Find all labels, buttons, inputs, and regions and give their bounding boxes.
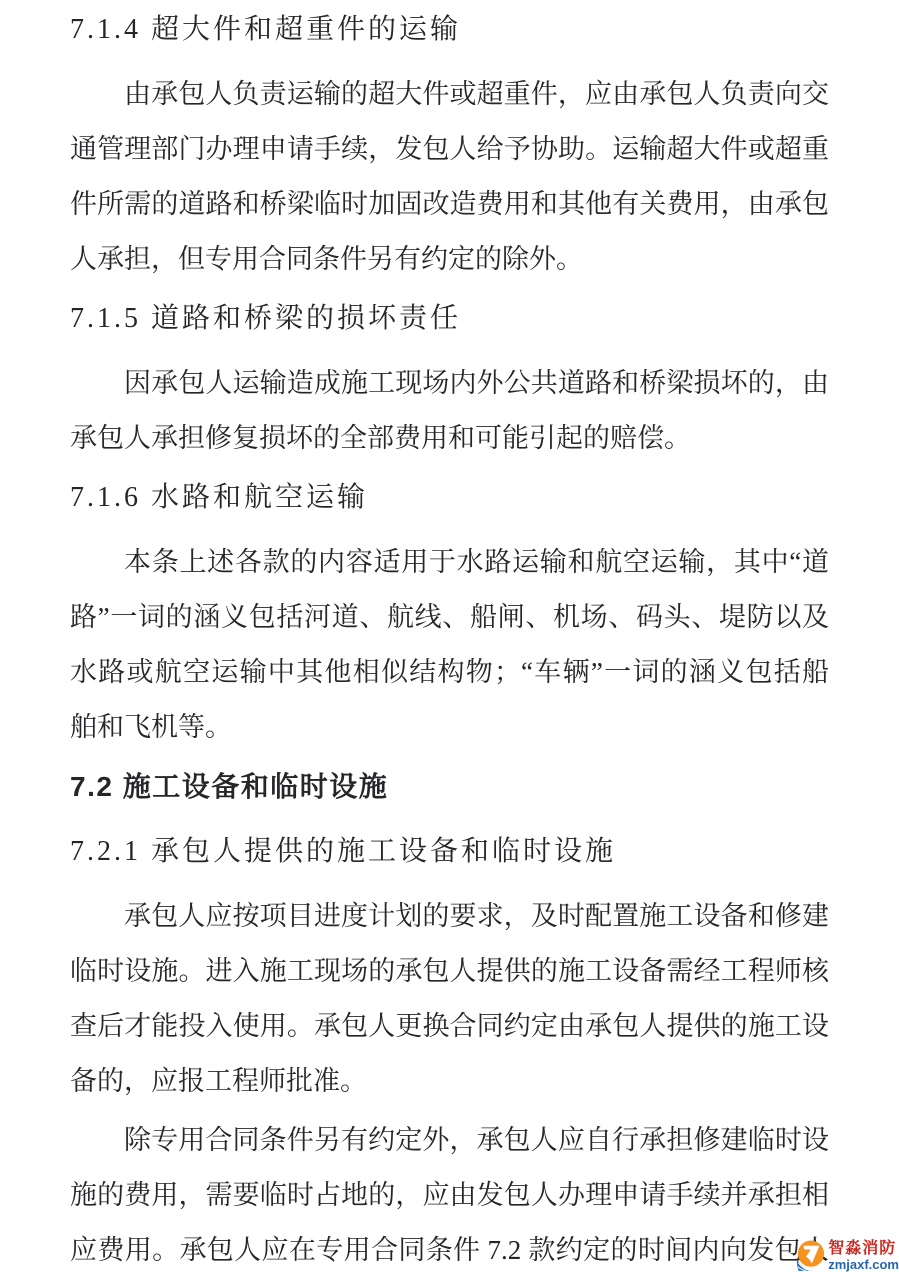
brand-logo-icon xyxy=(795,1240,825,1272)
text-line: 应费用。承包人应在专用合同条件 7.2 款约定的时间内向发包人 xyxy=(70,1223,829,1274)
text-line: 由承包人负责运输的超大件或超重件，应由承包人负责向交 xyxy=(70,67,829,122)
text-line: 本条上述各款的内容适用于水路运输和航空运输，其中“道 xyxy=(70,535,829,590)
text-line: 件所需的道路和桥梁临时加固改造费用和其他有关费用，由承包 xyxy=(70,177,829,232)
text-line: 人承担，但专用合同条件另有约定的除外。 xyxy=(70,232,829,287)
text-line: 除专用合同条件另有约定外，承包人应自行承担修建临时设 xyxy=(70,1113,829,1168)
page: { "page": { "background": "#ffffff", "te… xyxy=(0,0,899,1274)
paragraph: 承包人应按项目进度计划的要求，及时配置施工设备和修建临时设施。进入施工现场的承包… xyxy=(70,889,829,1109)
document-body: 7.1.4 超大件和超重件的运输由承包人负责运输的超大件或超重件，应由承包人负责… xyxy=(0,0,899,1274)
brand-name: 智淼消防 xyxy=(828,1241,899,1257)
text-line: 通管理部门办理申请手续，发包人给予协助。运输超大件或超重 xyxy=(70,122,829,177)
sub-heading: 7.2.1 承包人提供的施工设备和临时设施 xyxy=(70,824,829,879)
sub-heading: 7.1.6 水路和航空运输 xyxy=(70,470,829,525)
brand-url: zmjaxf.com xyxy=(828,1258,899,1271)
paragraph: 由承包人负责运输的超大件或超重件，应由承包人负责向交通管理部门办理申请手续，发包… xyxy=(70,67,829,287)
paragraph: 因承包人运输造成施工现场内外公共道路和桥梁损坏的，由承包人承担修复损坏的全部费用… xyxy=(70,356,829,466)
text-line: 施的费用，需要临时占地的，应由发包人办理申请手续并承担相 xyxy=(70,1168,829,1223)
paragraph: 本条上述各款的内容适用于水路运输和航空运输，其中“道路”一词的涵义包括河道、航线… xyxy=(70,535,829,755)
sub-heading: 7.1.5 道路和桥梁的损坏责任 xyxy=(70,291,829,346)
brand-watermark: 智淼消防 zmjaxf.com xyxy=(795,1240,899,1272)
text-line: 路”一词的涵义包括河道、航线、船闸、机场、码头、堤防以及 xyxy=(70,590,829,645)
text-line: 承包人应按项目进度计划的要求，及时配置施工设备和修建 xyxy=(70,889,829,944)
text-line: 舶和飞机等。 xyxy=(70,700,829,755)
sub-heading: 7.1.4 超大件和超重件的运输 xyxy=(70,2,829,57)
text-line: 备的，应报工程师批准。 xyxy=(70,1054,829,1109)
text-line: 查后才能投入使用。承包人更换合同约定由承包人提供的施工设 xyxy=(70,999,829,1054)
text-line: 承包人承担修复损坏的全部费用和可能引起的赔偿。 xyxy=(70,411,829,466)
text-line: 因承包人运输造成施工现场内外公共道路和桥梁损坏的，由 xyxy=(70,356,829,411)
text-line: 水路或航空运输中其他相似结构物；“车辆”一词的涵义包括船 xyxy=(70,645,829,700)
text-line: 临时设施。进入施工现场的承包人提供的施工设备需经工程师核 xyxy=(70,944,829,999)
chapter-heading: 7.2 施工设备和临时设施 xyxy=(70,759,829,814)
paragraph: 除专用合同条件另有约定外，承包人应自行承担修建临时设施的费用，需要临时占地的，应… xyxy=(70,1113,829,1274)
